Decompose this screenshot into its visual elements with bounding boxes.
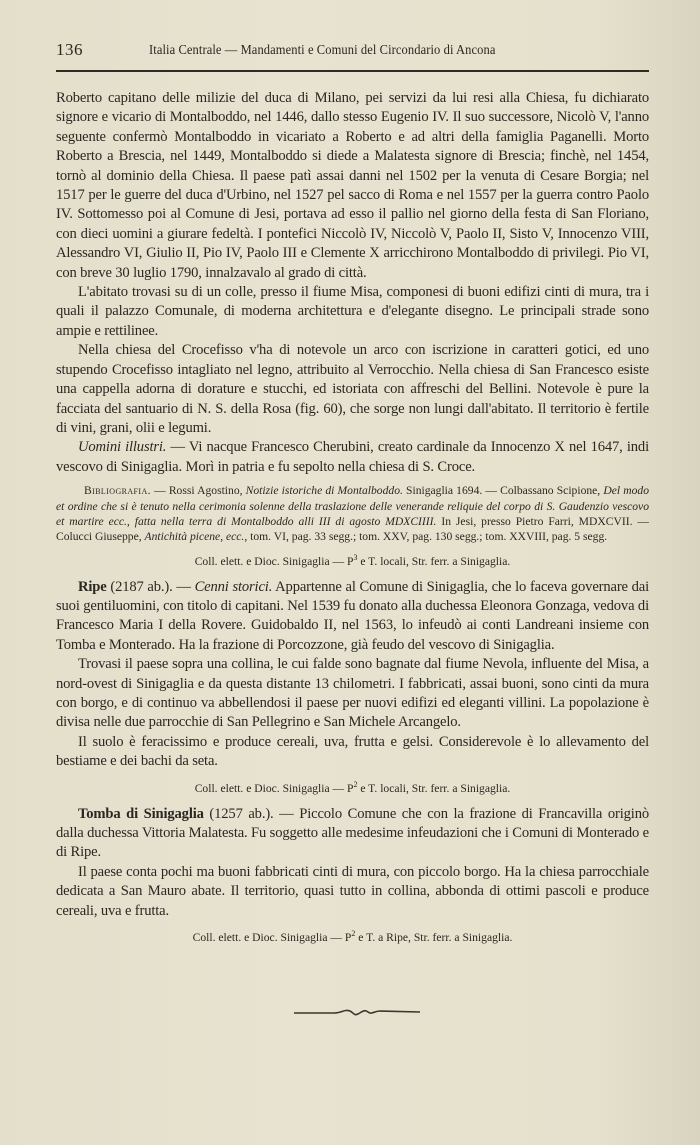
collegio-suffix: e T. locali, Str. ferr. a Sinigaglia. [357, 782, 510, 795]
paragraph: Tomba di Sinigaglia (1257 ab.). — Piccol… [56, 805, 649, 863]
electoral-college-note: Coll. elett. e Dioc. Sinigaglia — P3 e T… [56, 550, 649, 569]
book-page: 136 Italia Centrale — Mandamenti e Comun… [0, 0, 700, 1145]
bibliography-title: Antichità picene, ecc., [145, 530, 248, 543]
collegio-prefix: Coll. elett. e Dioc. Sinigaglia — P [195, 782, 354, 795]
paragraph-uomini-illustri: Uomini illustri. — Vi nacque Francesco C… [56, 438, 649, 477]
end-of-section-flourish-icon [292, 1006, 422, 1020]
electoral-college-note: Coll. elett. e Dioc. Sinigaglia — P2 e T… [56, 926, 649, 945]
section-tomba: Tomba di Sinigaglia (1257 ab.). — Piccol… [56, 805, 649, 945]
header-rule [56, 70, 649, 72]
page-number: 136 [56, 40, 83, 60]
collegio-prefix: Coll. elett. e Dioc. Sinigaglia — P [195, 555, 354, 568]
electoral-college-note: Coll. elett. e Dioc. Sinigaglia — P2 e T… [56, 777, 649, 796]
section-montalboddo: Roberto capitano delle milizie del duca … [56, 89, 649, 569]
bibliography-text: Sinigaglia 1694. — Colbassano Scipione, [403, 484, 603, 497]
bibliography-text: tom. VI, pag. 33 segg.; tom. XXV, pag. 1… [247, 530, 607, 543]
uomini-illustri-label: Uomini illustri. [78, 439, 166, 455]
cenni-storici-label: Cenni storici. [195, 579, 273, 595]
bibliography-title: Notizie istoriche di Montalboddo. [246, 484, 403, 497]
comune-name: Ripe [78, 579, 107, 595]
paragraph: Trovasi il paese sopra una collina, le c… [56, 655, 649, 733]
collegio-suffix: e T. locali, Str. ferr. a Sinigaglia. [357, 555, 510, 568]
paragraph: L'abitato trovasi su di un colle, presso… [56, 283, 649, 341]
collegio-suffix: e T. a Ripe, Str. ferr. a Sinigaglia. [355, 931, 512, 944]
comune-name: Tomba di Sinigaglia [78, 806, 204, 822]
paragraph: Roberto capitano delle milizie del duca … [56, 89, 649, 283]
bibliography: Bibliografia. — Rossi Agostino, Notizie … [56, 483, 649, 545]
population: (1257 ab.). — [204, 806, 299, 822]
bibliography-label: Bibliografia. [84, 484, 151, 497]
paragraph: Nella chiesa del Crocefisso v'ha di note… [56, 341, 649, 438]
population: (2187 ab.). — [107, 579, 195, 595]
bibliography-text: — Rossi Agostino, [151, 484, 246, 497]
collegio-prefix: Coll. elett. e Dioc. Sinigaglia — P [193, 931, 352, 944]
page-header: 136 Italia Centrale — Mandamenti e Comun… [56, 40, 648, 66]
section-ripe: Ripe (2187 ab.). — Cenni storici. Appart… [56, 578, 649, 796]
running-head: Italia Centrale — Mandamenti e Comuni de… [149, 42, 496, 58]
paragraph: Ripe (2187 ab.). — Cenni storici. Appart… [56, 578, 649, 656]
page-body: Roberto capitano delle milizie del duca … [56, 89, 649, 954]
paragraph: Il suolo è feracissimo e produce cereali… [56, 733, 649, 772]
paragraph: Il paese conta pochi ma buoni fabbricati… [56, 863, 649, 921]
